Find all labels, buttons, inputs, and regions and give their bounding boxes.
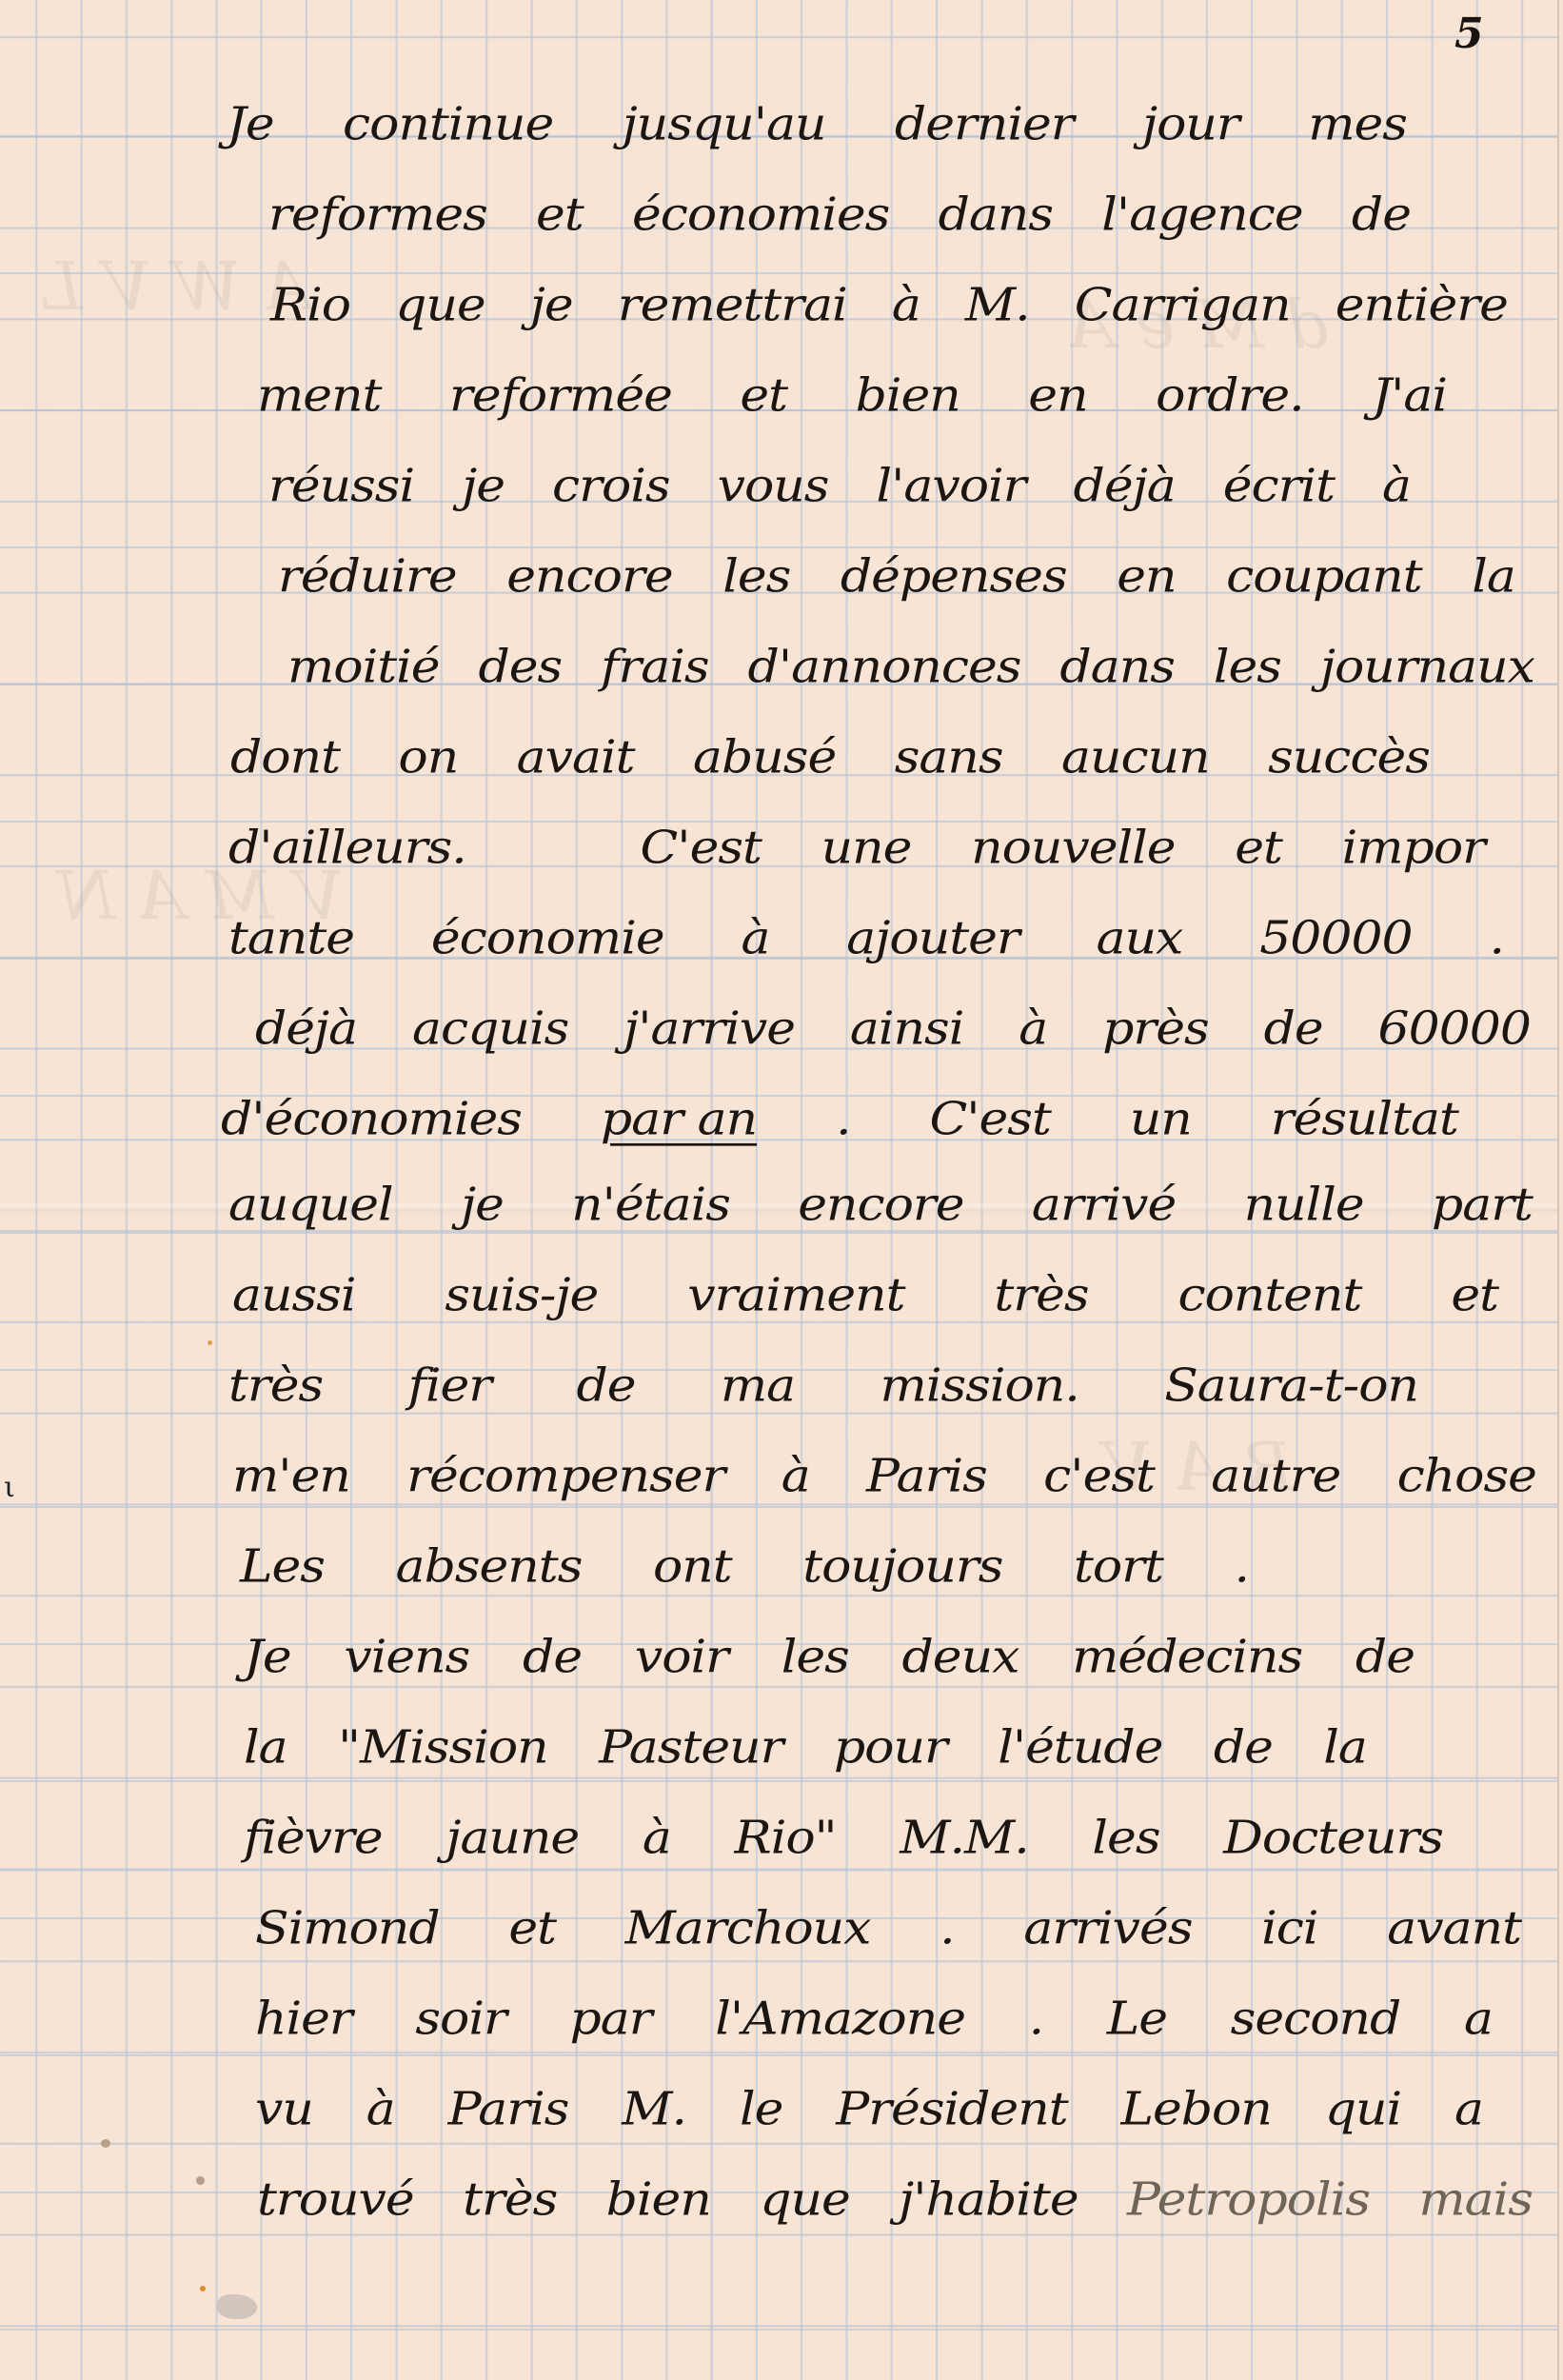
word: sans — [895, 735, 1003, 781]
word: Docteurs — [1223, 1815, 1443, 1861]
word: jusqu'au — [623, 102, 826, 148]
word: en — [1028, 373, 1087, 419]
word: a — [1454, 2087, 1483, 2132]
word: aux — [1097, 916, 1183, 962]
word: n'étais — [571, 1182, 730, 1228]
word: les — [1092, 1815, 1159, 1861]
word: remettrai — [618, 283, 847, 328]
word: M. — [622, 2087, 686, 2132]
word: la — [1323, 1725, 1367, 1771]
underlined-phrase: par an — [601, 1097, 757, 1142]
word: des — [478, 645, 562, 690]
word: je — [461, 1182, 504, 1228]
letter-line: d'ailleurs. C'est une nouvelle et impor — [228, 795, 1485, 871]
letter-line: vu à Paris M. le Président Lebon qui a — [255, 2056, 1483, 2132]
word: dont — [230, 735, 340, 781]
page-number: 5 — [1454, 10, 1484, 58]
word: et — [536, 192, 584, 238]
word: M. — [965, 283, 1030, 328]
ink-smudge — [217, 2294, 257, 2319]
word: Carrigan — [1075, 283, 1291, 328]
word: chose — [1397, 1454, 1536, 1499]
word: Saura-t-on — [1164, 1363, 1418, 1409]
word: journaux — [1320, 645, 1534, 690]
word: arrivé — [1032, 1182, 1177, 1228]
word: C'est — [929, 1097, 1050, 1142]
word: 50000 — [1259, 916, 1412, 962]
word: l'avoir — [876, 464, 1025, 509]
word: avant — [1387, 1906, 1521, 1952]
foxing-spot — [200, 2286, 206, 2291]
letter-line: Simond et Marchoux . arrivés ici avant — [255, 1875, 1521, 1952]
word: a — [1464, 1996, 1493, 2042]
word: entière — [1335, 283, 1508, 328]
word: moitié — [287, 645, 440, 690]
word: mais — [1418, 2177, 1533, 2223]
word: fier — [408, 1363, 492, 1409]
word: deux — [902, 1635, 1019, 1680]
word: l'étude — [998, 1725, 1162, 1771]
letter-line: réduire encore les dépenses en coupant l… — [278, 524, 1515, 600]
word: que — [760, 2177, 850, 2223]
word: mission. — [880, 1363, 1079, 1409]
word: ment — [257, 373, 381, 419]
word: Je — [227, 102, 274, 148]
letter-line: d'économies par an . C'est un résultat — [221, 1066, 1458, 1142]
word: et — [508, 1906, 556, 1952]
word: l'agence — [1101, 192, 1302, 238]
word: l'Amazone — [715, 1996, 965, 2042]
word: reformes — [268, 192, 487, 238]
letter-line: Je continue jusqu'au dernier jour mes — [227, 71, 1407, 148]
word: "Mission — [338, 1725, 548, 1771]
word: 60000 — [1377, 1006, 1530, 1052]
word: j'arrive — [623, 1006, 795, 1052]
word: en — [1117, 554, 1176, 600]
word: acquis — [412, 1006, 568, 1052]
letter-line: ment reformée et bien en ordre. J'ai — [257, 343, 1447, 419]
word: Le — [1107, 1996, 1167, 2042]
word: ordre. — [1156, 373, 1304, 419]
word: jour — [1142, 102, 1239, 148]
word: à — [1382, 464, 1411, 509]
word: une — [821, 825, 912, 871]
word: Je — [244, 1635, 291, 1680]
letter-line: tante économie à ajouter aux 50000 . — [228, 885, 1504, 962]
word: Paris — [448, 2087, 569, 2132]
word: économies — [632, 192, 889, 238]
word: je — [462, 464, 505, 509]
word: vraiment — [687, 1273, 904, 1319]
word: nulle — [1244, 1182, 1364, 1228]
word: de — [523, 1635, 582, 1680]
letter-line: dont on avait abusé sans aucun succès — [230, 704, 1430, 781]
word: le — [740, 2087, 782, 2132]
word: récompenser — [406, 1454, 724, 1499]
word: à — [366, 2087, 395, 2132]
word: par — [569, 1996, 651, 2042]
letter-line: aussi suis-je vraiment très content et — [232, 1242, 1498, 1319]
word: ont — [653, 1544, 732, 1590]
word: Président — [836, 2087, 1067, 2132]
word: vous — [718, 464, 829, 509]
word: de — [576, 1363, 635, 1409]
word: hier — [255, 1996, 352, 2042]
word: reformée — [449, 373, 672, 419]
word: m'en — [232, 1454, 350, 1499]
word: encore — [798, 1182, 963, 1228]
word: de — [1214, 1725, 1273, 1771]
foxing-spot — [196, 2176, 205, 2185]
word: de — [1355, 1635, 1415, 1680]
word: et — [1235, 825, 1282, 871]
letter-line: la "Mission Pasteur pour l'étude de la — [244, 1695, 1367, 1771]
word: abusé — [693, 735, 836, 781]
word: d'ailleurs. — [228, 825, 466, 871]
word: réussi — [268, 464, 414, 509]
letter-line: réussi je crois vous l'avoir déjà écrit … — [268, 433, 1411, 509]
word: très — [228, 1363, 323, 1409]
word: absents — [396, 1544, 583, 1590]
word: j'habite — [899, 2177, 1078, 2223]
word: vu — [255, 2087, 313, 2132]
letter-line: fièvre jaune à Rio" M.M. les Docteurs — [244, 1785, 1443, 1861]
word: jaune — [445, 1815, 579, 1861]
word: déjà — [1074, 464, 1176, 509]
word: tort — [1074, 1544, 1163, 1590]
word: pour — [834, 1725, 947, 1771]
word: Rio — [270, 283, 350, 328]
word: déjà — [255, 1006, 357, 1052]
letter-line: hier soir par l'Amazone . Le second a — [255, 1966, 1493, 2042]
word: . — [836, 1097, 851, 1142]
word: résultat — [1271, 1097, 1458, 1142]
word: dépenses — [841, 554, 1067, 600]
letter-line: moitié des frais d'annonces dans les jou… — [287, 614, 1534, 690]
word: à — [741, 916, 769, 962]
word: Simond — [255, 1906, 440, 1952]
word: mes — [1308, 102, 1407, 148]
word: aucun — [1061, 735, 1210, 781]
word: C'est — [641, 825, 762, 871]
word: suis-je — [445, 1273, 598, 1319]
word: Petropolis — [1127, 2177, 1370, 2223]
word: dernier — [895, 102, 1074, 148]
word: avait — [517, 735, 635, 781]
word: nouvelle — [971, 825, 1175, 871]
word: d'annonces — [748, 645, 1021, 690]
word: coupant — [1226, 554, 1422, 600]
word: part — [1432, 1182, 1533, 1228]
word: auquel — [228, 1182, 393, 1228]
word: écrit — [1223, 464, 1335, 509]
word: que — [395, 283, 485, 328]
word: autre — [1211, 1454, 1340, 1499]
word: on — [398, 735, 458, 781]
word: les — [781, 1635, 849, 1680]
letter-line: très fier de ma mission. Saura-t-on — [228, 1333, 1418, 1409]
word: dans — [1059, 645, 1174, 690]
word: aussi — [232, 1273, 356, 1319]
letter-line: déjà acquis j'arrive ainsi à près de 600… — [255, 976, 1531, 1052]
word: à — [892, 283, 920, 328]
word: et — [1451, 1273, 1498, 1319]
word: je — [530, 283, 573, 328]
word: Lebon — [1120, 2087, 1271, 2132]
word: crois — [552, 464, 670, 509]
letter-page: A W V L d M e A V M A N R A V 5 ι Je con… — [0, 0, 1559, 2380]
word: . — [1029, 1996, 1044, 2042]
word: dans — [939, 192, 1053, 238]
letter-line: reformes et économies dans l'agence de — [268, 162, 1411, 238]
word: très — [463, 2177, 557, 2223]
letter-line: Rio que je remettrai à M. Carrigan entiè… — [270, 252, 1508, 328]
word: tante — [228, 916, 354, 962]
word: Pasteur — [599, 1725, 782, 1771]
word: bien — [606, 2177, 711, 2223]
word: impor — [1342, 825, 1485, 871]
word: réduire — [278, 554, 457, 600]
word: succès — [1268, 735, 1430, 781]
word: . — [1489, 916, 1504, 962]
word: content — [1177, 1273, 1361, 1319]
word: ainsi — [850, 1006, 963, 1052]
word: voir — [635, 1635, 728, 1680]
word: de — [1264, 1006, 1323, 1052]
word: les — [1214, 645, 1281, 690]
word: M.M. — [900, 1815, 1029, 1861]
letter-line: Les absents ont toujours tort . — [240, 1514, 1249, 1590]
word: Paris — [866, 1454, 987, 1499]
word: médecins — [1072, 1635, 1302, 1680]
word: ma — [721, 1363, 795, 1409]
word: et — [740, 373, 787, 419]
word: . — [1234, 1544, 1249, 1590]
letter-line: trouvé très bien que j'habite Petropolis… — [257, 2147, 1533, 2223]
word: J'ai — [1372, 373, 1447, 419]
word: second — [1231, 1996, 1401, 2042]
word: très — [994, 1273, 1088, 1319]
word: d'économies — [221, 1097, 522, 1142]
word: encore — [506, 554, 672, 600]
word: Marchoux — [625, 1906, 871, 1952]
word: la — [1472, 554, 1515, 600]
word: bien — [856, 373, 960, 419]
word: fièvre — [244, 1815, 383, 1861]
word: à — [781, 1454, 810, 1499]
word: Rio" — [735, 1815, 837, 1861]
foxing-spot — [101, 2139, 110, 2148]
word: à — [1019, 1006, 1047, 1052]
letter-line: m'en récompenser à Paris c'est autre cho… — [232, 1423, 1536, 1499]
word: trouvé — [257, 2177, 414, 2223]
margin-mark: ι — [4, 1471, 15, 1504]
word: . — [940, 1906, 955, 1952]
letter-line: auquel je n'étais encore arrivé nulle pa… — [228, 1152, 1533, 1228]
word: à — [643, 1815, 671, 1861]
word: ici — [1261, 1906, 1317, 1952]
word: qui — [1325, 2087, 1401, 2132]
word: arrivés — [1023, 1906, 1192, 1952]
word: frais — [601, 645, 708, 690]
word: c'est — [1043, 1454, 1155, 1499]
word: viens — [344, 1635, 469, 1680]
word: toujours — [802, 1544, 1002, 1590]
word: continue — [343, 102, 553, 148]
word: de — [1352, 192, 1411, 238]
word: soir — [415, 1996, 505, 2042]
word: Les — [240, 1544, 325, 1590]
word: ajouter — [846, 916, 1019, 962]
letter-line: Je viens de voir les deux médecins de — [244, 1604, 1415, 1680]
word: économie — [431, 916, 664, 962]
word: la — [244, 1725, 287, 1771]
word: près — [1102, 1006, 1209, 1052]
word: un — [1130, 1097, 1192, 1142]
foxing-spot — [208, 1340, 212, 1345]
word: les — [722, 554, 790, 600]
